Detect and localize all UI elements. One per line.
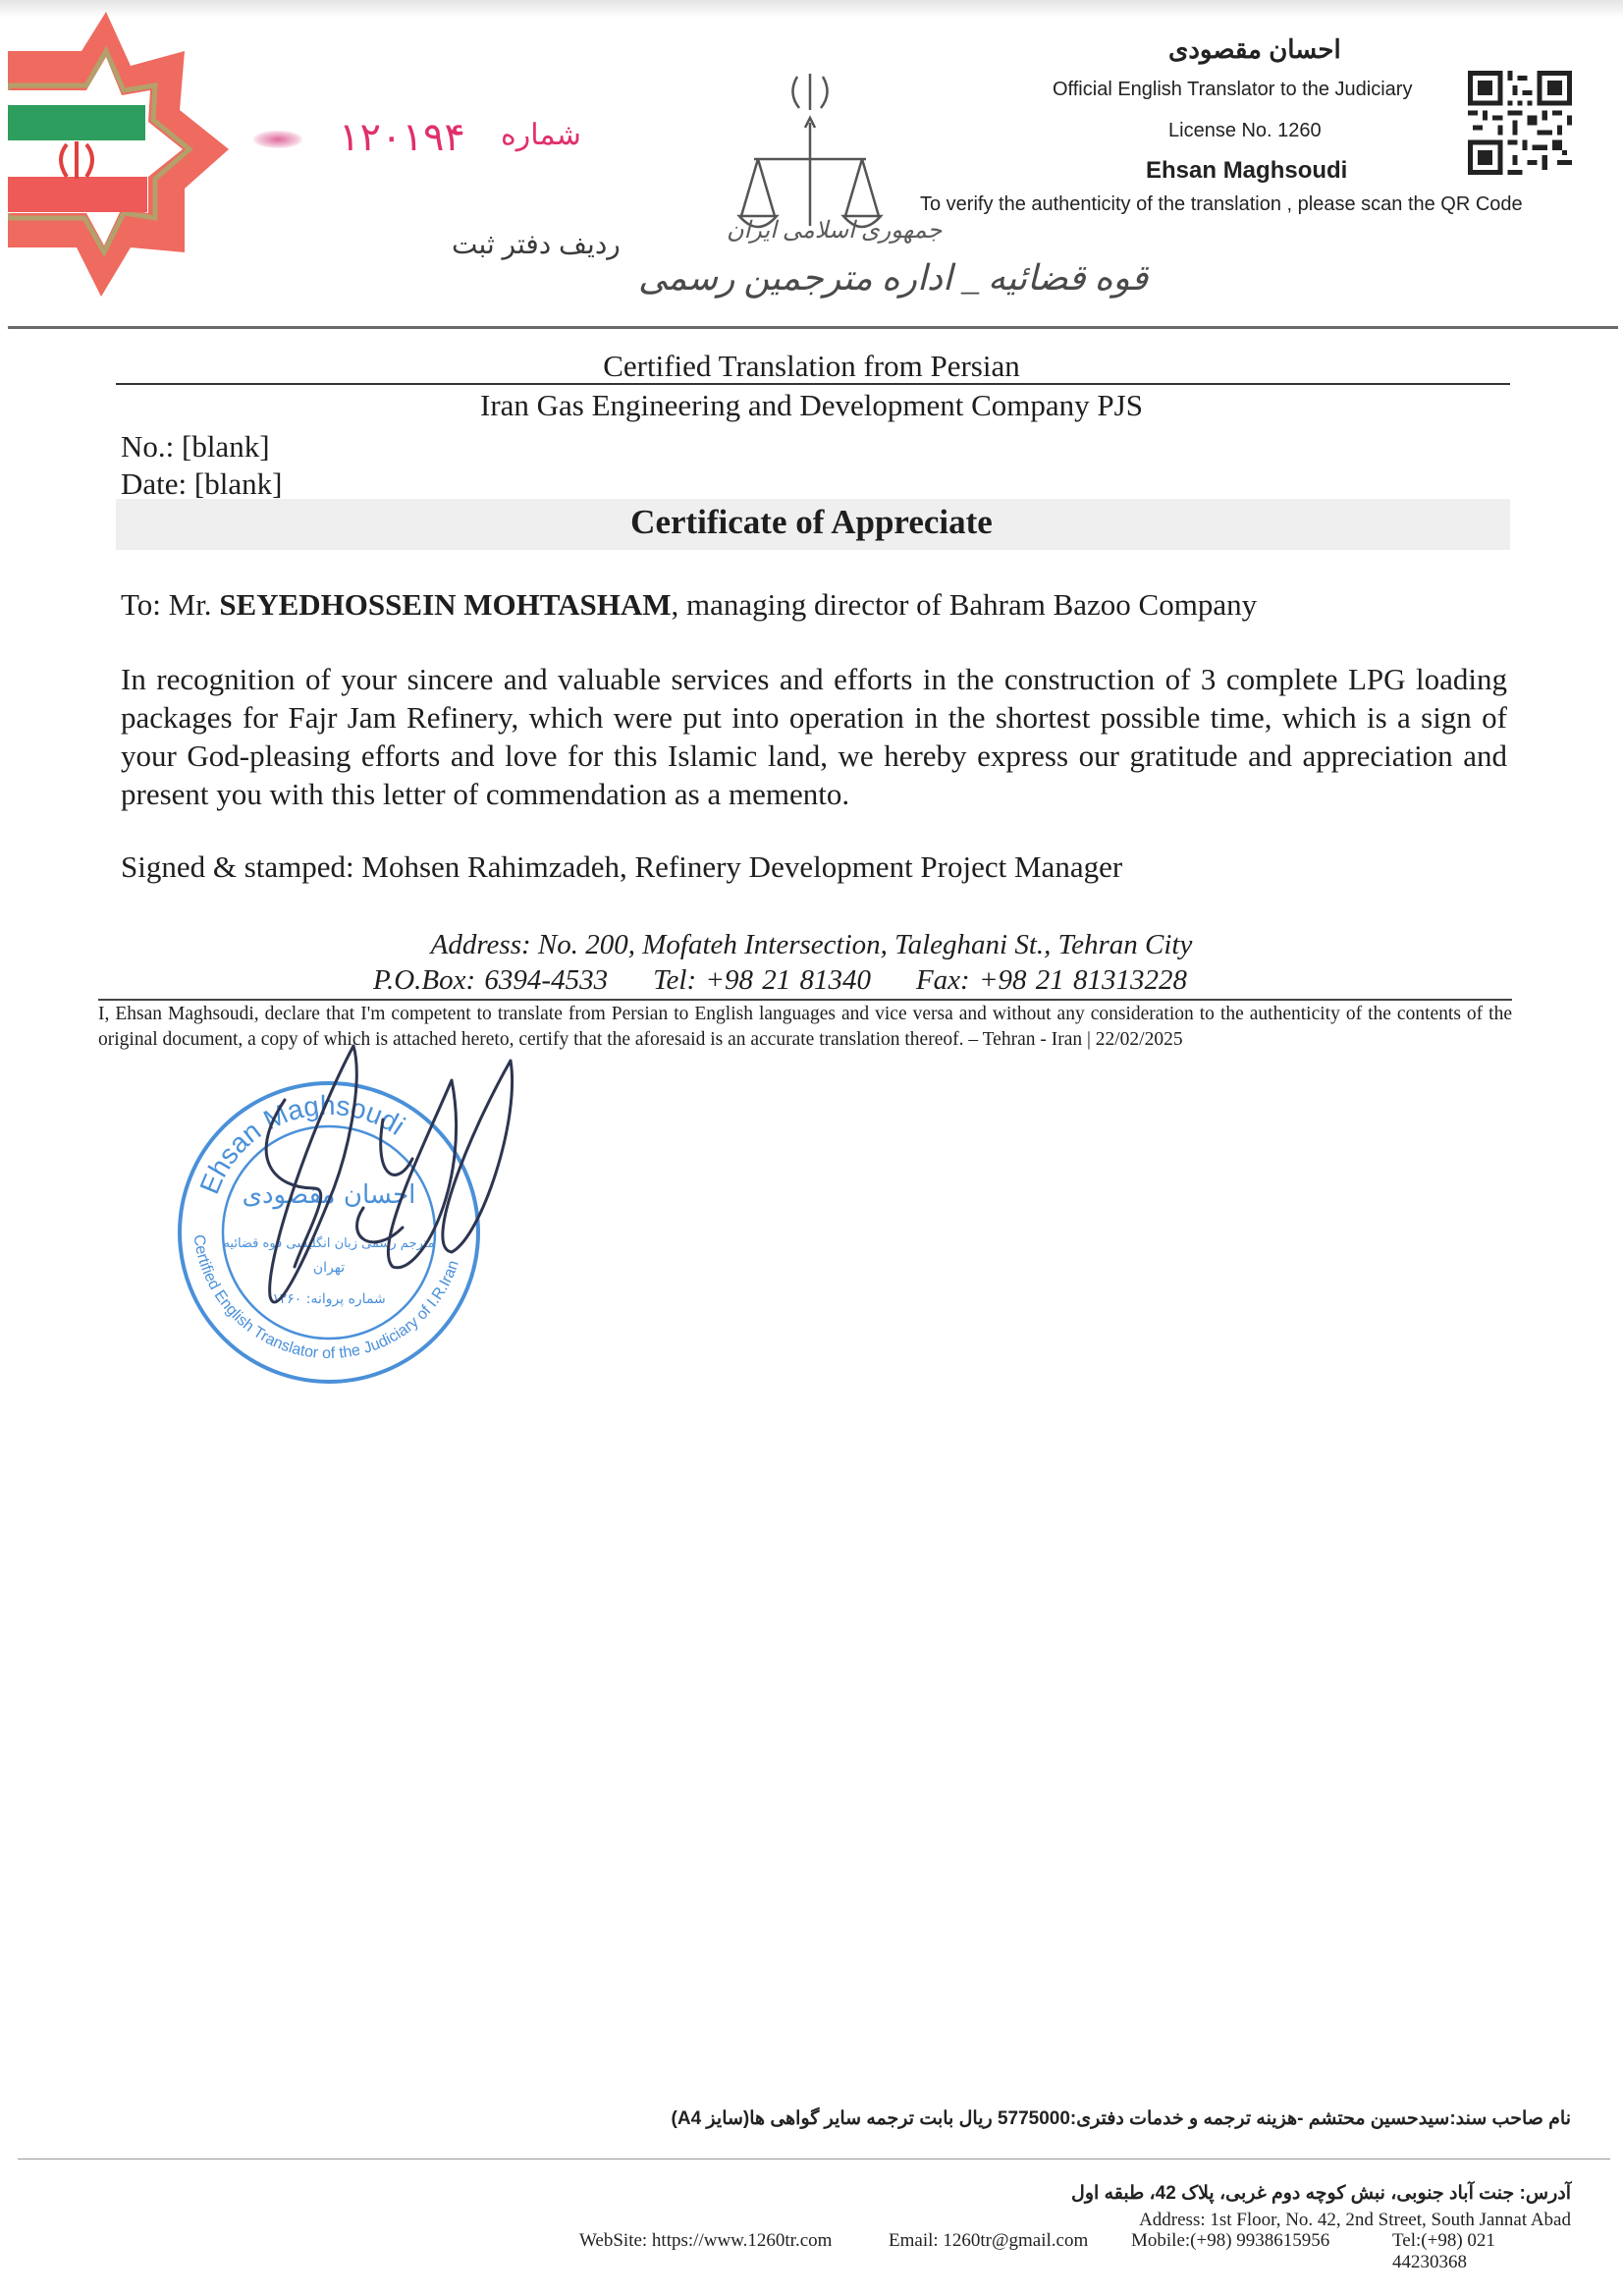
translator-name: Ehsan Maghsoudi	[1146, 157, 1347, 185]
commendation-body: In recognition of your sincere and valua…	[121, 660, 1507, 813]
recipient-name: SEYEDHOSSEIN MOHTASHAM	[219, 587, 671, 622]
license-number: License No. 1260	[1168, 120, 1322, 142]
signed-line: Signed & stamped: Mohsen Rahimzadeh, Ref…	[121, 849, 1122, 885]
registry-row-label: ردیف دفتر ثبت	[452, 228, 621, 260]
footer-divider	[18, 2159, 1610, 2159]
company-tel: Tel: +98 21 81340	[653, 964, 871, 996]
declaration-divider	[98, 999, 1512, 1001]
email-link[interactable]: Email: 1260tr@gmail.com	[889, 2230, 1088, 2252]
company-fax: Fax: +98 21 81313228	[916, 964, 1187, 996]
handwritten-signature-icon	[226, 1041, 530, 1326]
translator-address-fa: آدرس: جنت آباد جنوبی، نبش کوچه دوم غربی،…	[982, 2182, 1571, 2205]
judiciary-caption-country: جمهوری اسلامی ایران	[727, 216, 942, 245]
po-box: P.O.Box: 6394-4533	[373, 964, 608, 996]
fee-line-fa: نام صاحب سند:سیدحسین محتشم -هزینه ترجمه …	[668, 2107, 1571, 2130]
header-divider	[8, 326, 1618, 329]
website-link[interactable]: WebSite: https://www.1260tr.com	[579, 2230, 832, 2252]
mobile-number: Mobile:(+98) 9938615956	[1131, 2230, 1329, 2252]
scan-edge-shade	[0, 0, 1623, 18]
document-date: Date: [blank]	[121, 466, 282, 502]
recipient-role: , managing director of Bahram Bazoo Comp…	[672, 587, 1258, 622]
ink-smudge	[253, 131, 302, 148]
recipient-line: To: Mr. SEYEDHOSSEIN MOHTASHAM, managing…	[121, 587, 1257, 623]
certificate-title: Certificate of Appreciate	[0, 503, 1623, 542]
registry-number-label: شماره	[501, 118, 581, 152]
office-tel: Tel:(+98) 021 44230368	[1392, 2230, 1571, 2273]
translator-address-en: Address: 1st Floor, No. 42, 2nd Street, …	[982, 2210, 1571, 2231]
recipient-prefix: To: Mr.	[121, 587, 219, 622]
translator-title: Official English Translator to the Judic…	[1053, 79, 1412, 101]
flag-star-emblem-icon	[8, 12, 234, 297]
certified-translation-label: Certified Translation from Persian	[0, 349, 1623, 384]
document-number: No.: [blank]	[121, 429, 270, 465]
verify-note: To verify the authenticity of the transl…	[920, 193, 1523, 216]
translator-name-fa: احسان مقصودی	[1168, 34, 1341, 65]
judiciary-caption-dept: قوه قضائیه _ اداره مترجمین رسمی	[638, 257, 1148, 299]
company-address: Address: No. 200, Mofateh Intersection, …	[0, 929, 1623, 961]
registry-number: ۱۲۰۱۹۴	[339, 114, 465, 160]
company-contacts: P.O.Box: 6394-4533Tel: +98 21 81340Fax: …	[373, 964, 1232, 997]
qr-code-icon[interactable]	[1468, 71, 1572, 175]
title-divider	[116, 383, 1510, 385]
issuing-company: Iran Gas Engineering and Development Com…	[0, 388, 1623, 423]
